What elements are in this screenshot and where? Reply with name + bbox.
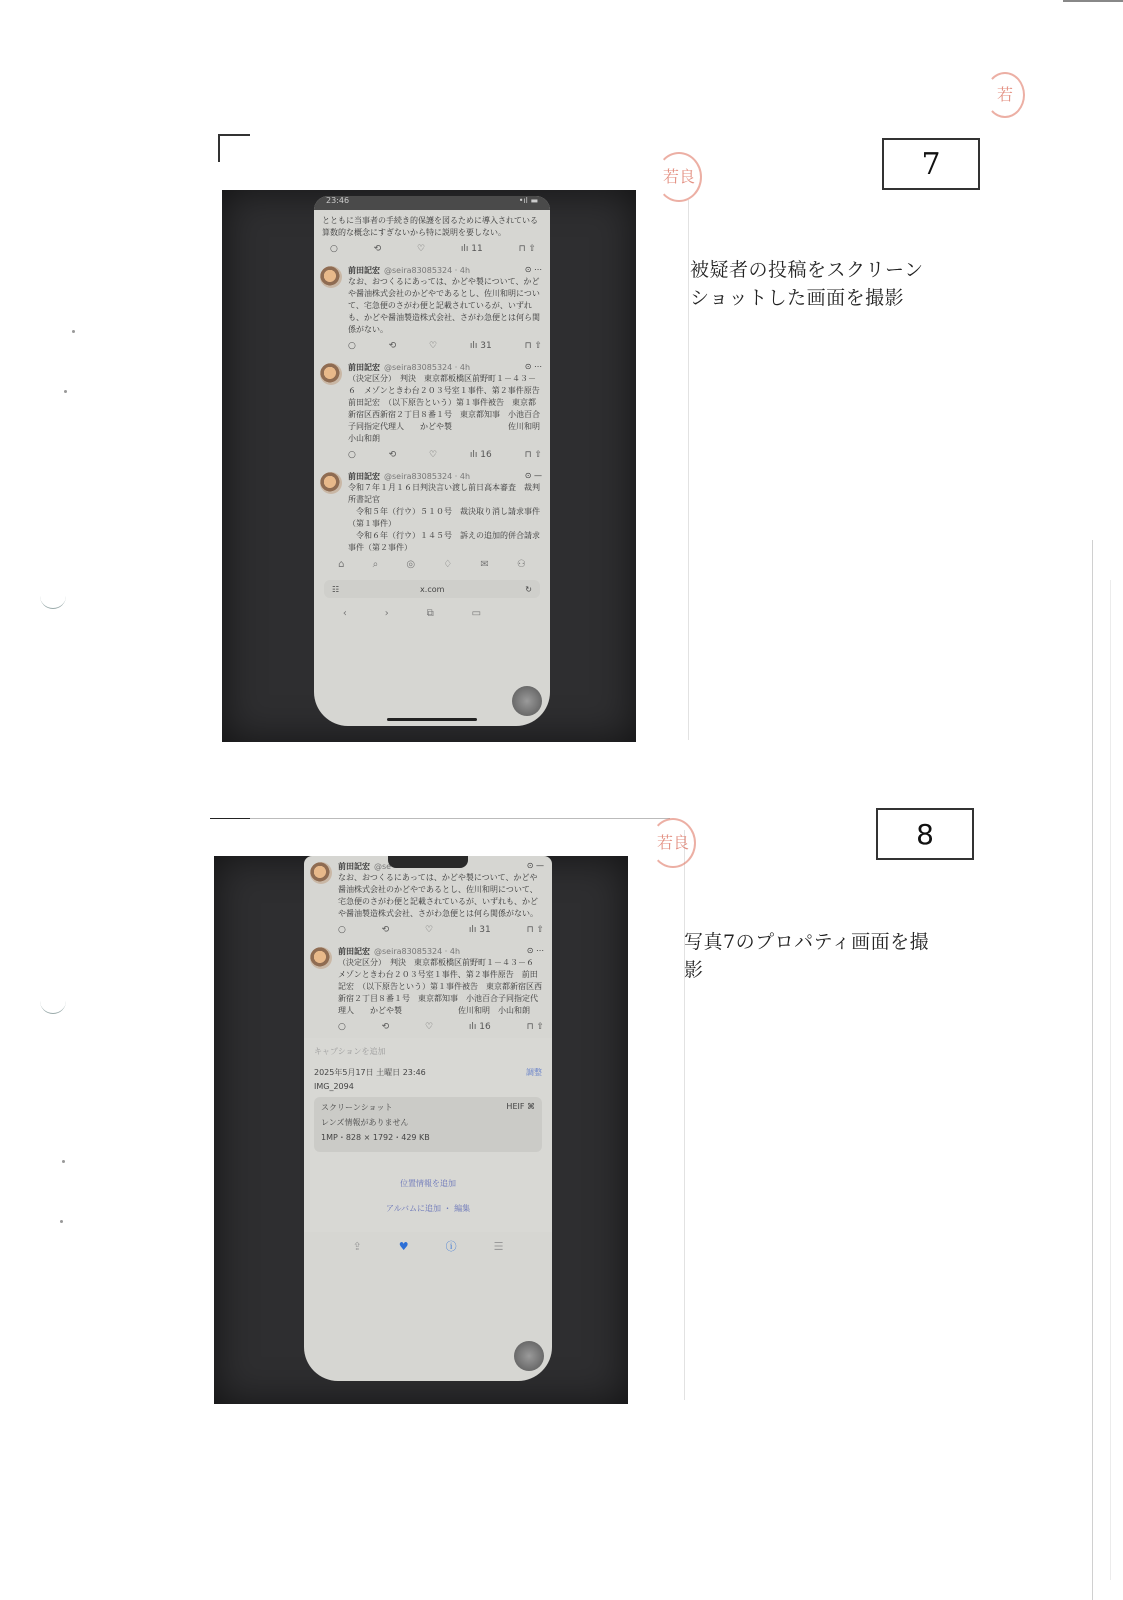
repost-icon[interactable]: ⟲ — [382, 925, 390, 935]
bookmark-share-icon[interactable]: ⊓ ⇧ — [527, 925, 544, 935]
photo-info-panel: キャプションを追加 2025年5月17日 土曜日 23:46 調整 IMG_20… — [304, 1038, 552, 1232]
assistive-touch-button[interactable] — [514, 1341, 544, 1371]
search-icon[interactable]: ⌕ — [373, 559, 379, 570]
corner-bracket — [218, 134, 250, 162]
more-icon[interactable]: ⊙ ⋯ — [527, 946, 544, 957]
assistive-touch-button[interactable] — [512, 686, 542, 716]
post-actions: ○ ⟲ ♡ ılı 31 ⊓ ⇧ — [338, 925, 544, 935]
repost-icon[interactable]: ⟲ — [389, 341, 397, 351]
author-name[interactable]: 前田記宏 — [338, 862, 370, 871]
avatar[interactable] — [310, 862, 332, 884]
post-header: 前田記宏@se ⊙ — — [338, 861, 544, 872]
author-name[interactable]: 前田記宏 — [348, 472, 380, 481]
datetime-row: 2025年5月17日 土曜日 23:46 調整 — [314, 1067, 542, 1078]
views-icon[interactable]: ılı 11 — [461, 244, 483, 254]
scan-speck — [72, 330, 75, 333]
metadata-header: スクリーンショット HEIF ⌘ — [321, 1102, 535, 1113]
views-icon[interactable]: ılı 31 — [469, 925, 491, 935]
like-icon[interactable]: ♡ — [425, 925, 433, 935]
binder-hole-mark — [40, 590, 66, 609]
evidence-photo-7: 23:46 •ıl ▬ とともに当事者の手続き的保護を図るために導入されている算… — [222, 190, 636, 742]
reply-icon[interactable]: ○ — [338, 925, 346, 935]
post: 前田記宏@seira83085324 · 4h ⊙ ⋯ （決定区分） 判決 東京… — [314, 357, 550, 466]
section-divider — [210, 818, 670, 819]
scan-speck — [64, 390, 67, 393]
photo-filename: IMG_2094 — [314, 1082, 542, 1091]
post-header: 前田記宏@seira83085324 · 4h ⊙ — — [348, 471, 542, 482]
reply-icon[interactable]: ○ — [348, 341, 356, 351]
post-header: 前田記宏@seira83085324 · 4h ⊙ ⋯ — [338, 946, 544, 957]
avatar[interactable] — [310, 947, 332, 969]
add-location-link[interactable]: 位置情報を追加 — [314, 1178, 542, 1189]
scan-speck — [62, 1160, 65, 1163]
post: 前田記宏@se ⊙ — なお、おつくるにあっては、かどや製について、かどや醤油株… — [304, 856, 552, 941]
reload-icon[interactable]: ↻ — [525, 585, 532, 594]
seal-text: 若良 — [657, 834, 689, 852]
lens-info: レンズ情報がありません — [321, 1117, 535, 1128]
post: とともに当事者の手続き的保護を図るために導入されている算数的な概念にすぎないから… — [314, 210, 550, 260]
reply-icon[interactable]: ○ — [330, 244, 338, 254]
post-body: （決定区分） 判決 東京都板橋区前野町１－４３－６ メゾンときわ台２０３号室１事… — [348, 373, 542, 445]
info-icon[interactable]: ⓘ — [446, 1238, 457, 1254]
author-name[interactable]: 前田記宏 — [348, 266, 380, 275]
caption-line: 影 — [684, 956, 984, 984]
post-body: とともに当事者の手続き的保護を図るために導入されている算数的な概念にすぎないから… — [322, 215, 542, 239]
seal-stamp: 若良 — [656, 152, 702, 202]
forward-icon[interactable]: › — [385, 608, 389, 619]
seal-text: 若良 — [663, 168, 695, 186]
repost-icon[interactable]: ⟲ — [374, 244, 382, 254]
page-edge-line — [1110, 580, 1111, 1580]
evidence-photo-8: 前田記宏@se ⊙ — なお、おつくるにあっては、かどや製について、かどや醤油株… — [214, 856, 628, 1404]
more-icon[interactable]: ⊙ — — [527, 861, 544, 872]
like-icon[interactable]: ♡ — [429, 341, 437, 351]
seal-stamp: 若 — [985, 72, 1025, 118]
bookmark-share-icon[interactable]: ⊓ ⇧ — [525, 450, 542, 460]
like-icon[interactable]: ♡ — [429, 450, 437, 460]
url-text[interactable]: x.com — [420, 585, 444, 594]
author-handle: @seira83085324 · 4h — [374, 947, 460, 956]
photo-caption: 被疑者の投稿をスクリーン ショットした画面を撮影 — [690, 256, 990, 312]
views-icon[interactable]: ılı 16 — [470, 450, 492, 460]
more-icon[interactable]: ⊙ — — [525, 471, 542, 482]
author-handle: @seira83085324 · 4h — [384, 266, 470, 275]
more-icon[interactable]: ⊙ ⋯ — [525, 362, 542, 373]
phone-screen: 23:46 •ıl ▬ とともに当事者の手続き的保護を図るために導入されている算… — [314, 196, 550, 726]
author-name[interactable]: 前田記宏 — [348, 363, 380, 372]
photos-toolbar: ⇪ ♥ ⓘ ☰ — [304, 1232, 552, 1260]
post: 前田記宏@seira83085324 · 4h ⊙ — 令和７年１月１６日判決言… — [314, 466, 550, 555]
post-actions: ○ ⟲ ♡ ılı 16 ⊓ ⇧ — [348, 450, 542, 460]
avatar[interactable] — [320, 363, 342, 385]
photo-number-box: 8 — [876, 808, 974, 860]
author-name[interactable]: 前田記宏 — [338, 947, 370, 956]
author-handle: @seira83085324 · 4h — [384, 472, 470, 481]
post-actions: ○ ⟲ ♡ ılı 11 ⊓ ⇧ — [330, 244, 536, 254]
photo-number: 8 — [916, 818, 934, 851]
repost-icon[interactable]: ⟲ — [382, 1022, 390, 1032]
seal-text: 若 — [997, 86, 1013, 104]
phone-screen: 前田記宏@se ⊙ — なお、おつくるにあっては、かどや製について、かどや醤油株… — [304, 856, 552, 1381]
favorite-icon[interactable]: ♥ — [399, 1240, 409, 1253]
page-edge-line — [1092, 540, 1093, 1600]
post: 前田記宏@seira83085324 · 4h ⊙ ⋯ （決定区分） 判決 東京… — [304, 941, 552, 1038]
caption-line: 写真7のプロパティ画面を撮 — [684, 928, 984, 956]
post-actions: ○ ⟲ ♡ ılı 16 ⊓ ⇧ — [338, 1022, 544, 1032]
browser-address-bar[interactable]: ☷ x.com ↻ — [324, 580, 540, 598]
post-body: （決定区分） 判決 東京都板橋区前野町１－４３－６ メゾンときわ台２０３号室１事… — [338, 957, 544, 1017]
avatar[interactable] — [320, 266, 342, 288]
post-header: 前田記宏@seira83085324 · 4h ⊙ ⋯ — [348, 265, 542, 276]
back-icon[interactable]: ‹ — [343, 608, 347, 619]
photo-datetime: 2025年5月17日 土曜日 23:46 — [314, 1067, 426, 1078]
like-icon[interactable]: ♡ — [425, 1022, 433, 1032]
image-specs: 1MP・828 × 1792・429 KB — [321, 1132, 535, 1143]
author-handle: @seira83085324 · 4h — [384, 363, 470, 372]
page-settings-icon[interactable]: ☷ — [332, 585, 339, 594]
post-body: なお、おつくるにあっては、かどや製について、かどや醤油株式会社のかどやであるとし… — [338, 872, 544, 920]
post-actions: ○ ⟲ ♡ ılı 31 ⊓ ⇧ — [348, 341, 542, 351]
photo-number: 7 — [921, 147, 940, 182]
home-indicator — [387, 718, 477, 721]
browser-toolbar: ‹ › ⧉ ▭ — [314, 604, 550, 623]
post-body: 令和７年１月１６日判決言い渡し前日高本審査 裁判所書記官 令和５年（行ウ）５１０… — [348, 482, 542, 555]
photo-caption: 写真7のプロパティ画面を撮 影 — [684, 928, 984, 984]
reply-icon[interactable]: ○ — [338, 1022, 346, 1032]
margin-guide-line — [688, 200, 689, 740]
views-icon[interactable]: ılı 31 — [470, 341, 492, 351]
tabs-icon[interactable]: ▭ — [472, 608, 481, 619]
seal-stamp: 若良 — [650, 818, 696, 868]
signal-battery-icon: •ıl ▬ — [519, 196, 538, 210]
home-icon[interactable]: ⌂ — [338, 559, 344, 570]
post-header: 前田記宏@seira83085324 · 4h ⊙ ⋯ — [348, 362, 542, 373]
notifications-icon[interactable]: ♢ — [443, 559, 452, 570]
scan-speck — [60, 1220, 63, 1223]
photo-number-box: 7 — [882, 138, 980, 190]
bookmark-share-icon[interactable]: ⊓ ⇧ — [525, 341, 542, 351]
post-body: なお、おつくるにあっては、かどや製について、かどや醤油株式会社のかどやであるとし… — [348, 276, 542, 336]
post: 前田記宏@seira83085324 · 4h ⊙ ⋯ なお、おつくるにあっては… — [314, 260, 550, 357]
format-badge: HEIF ⌘ — [506, 1102, 535, 1113]
bookmarks-icon[interactable]: ⧉ — [427, 608, 434, 619]
binder-hole-mark — [40, 995, 66, 1014]
status-bar: 23:46 •ıl ▬ — [314, 196, 550, 210]
author-handle: @se — [374, 862, 391, 871]
metadata-card: スクリーンショット HEIF ⌘ レンズ情報がありません 1MP・828 × 1… — [314, 1097, 542, 1152]
like-icon[interactable]: ♡ — [417, 244, 425, 254]
grok-icon[interactable]: ◎ — [406, 559, 415, 570]
adjust-icon[interactable]: ☰ — [494, 1240, 504, 1253]
share-icon[interactable]: ⇪ — [353, 1240, 362, 1253]
communities-icon[interactable]: ⚇ — [517, 559, 526, 570]
margin-guide-line — [684, 830, 685, 1400]
caption-input[interactable]: キャプションを追加 — [314, 1046, 542, 1057]
caption-line: 被疑者の投稿をスクリーン — [690, 256, 990, 284]
x-tab-bar: ⌂ ⌕ ◎ ♢ ✉ ⚇ — [314, 555, 550, 574]
bookmark-share-icon[interactable]: ⊓ ⇧ — [527, 1022, 544, 1032]
avatar[interactable] — [320, 472, 342, 494]
status-time: 23:46 — [326, 196, 349, 210]
add-to-album-link[interactable]: アルバムに追加 ・ 編集 — [314, 1203, 542, 1214]
caption-line: ショットした画面を撮影 — [690, 284, 990, 312]
adjust-button[interactable]: 調整 — [526, 1067, 542, 1078]
more-icon[interactable]: ⊙ ⋯ — [525, 265, 542, 276]
views-icon[interactable]: ılı 16 — [469, 1022, 491, 1032]
reply-icon[interactable]: ○ — [348, 450, 356, 460]
photo-type: スクリーンショット — [321, 1102, 392, 1113]
repost-icon[interactable]: ⟲ — [389, 450, 397, 460]
bookmark-share-icon[interactable]: ⊓ ⇧ — [519, 244, 536, 254]
messages-icon[interactable]: ✉ — [480, 559, 488, 570]
scan-edge-mark — [1063, 0, 1123, 2]
